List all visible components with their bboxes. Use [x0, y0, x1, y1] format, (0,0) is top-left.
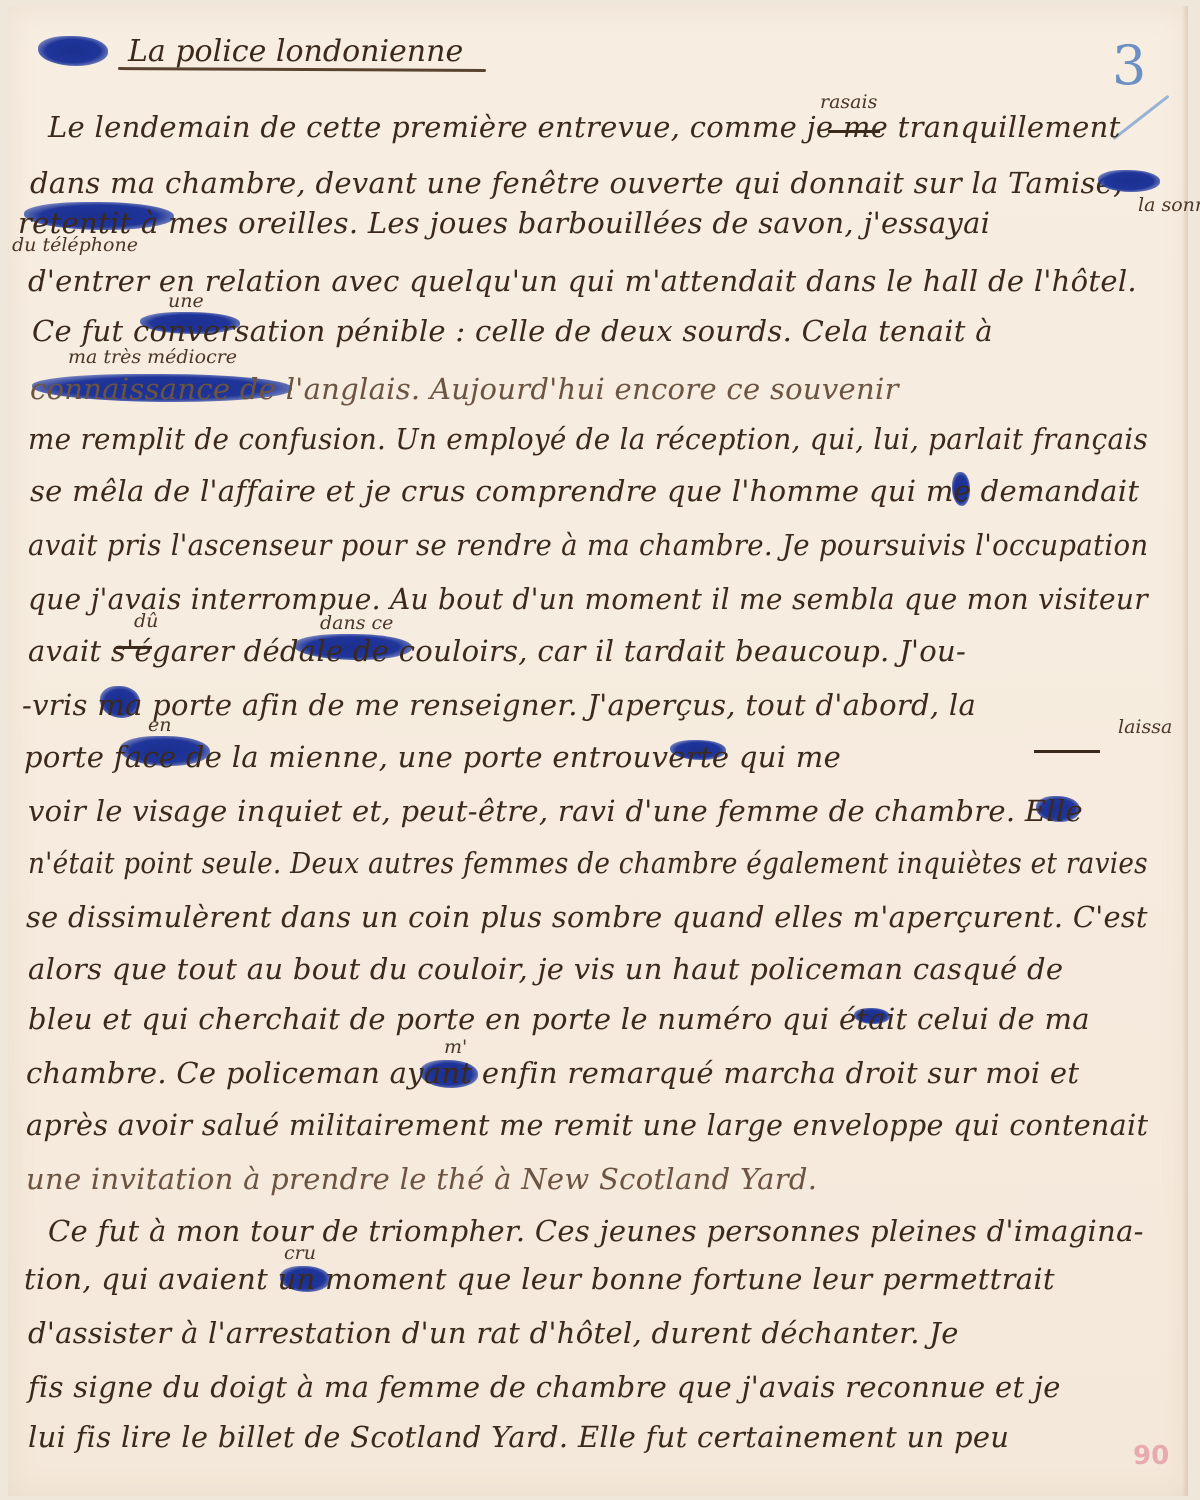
correction-cru: cru: [284, 1242, 316, 1264]
text-line-3: retentit à mes oreilles. Les joues barbo…: [18, 206, 990, 240]
text-line-16: se dissimulèrent dans un coin plus sombr…: [26, 900, 1148, 934]
strike-through: [1034, 750, 1100, 753]
text-line-22: Ce fut à mon tour de triompher. Ces jeun…: [48, 1214, 1144, 1248]
correction-dans-ce: dans ce: [320, 612, 393, 634]
text-line-15: n'était point seule. Deux autres femmes …: [28, 846, 1148, 880]
archive-stamp: 90: [1133, 1441, 1169, 1471]
ink-blot-title: [38, 36, 108, 66]
correction-tres-mediocre: ma très médiocre: [68, 346, 237, 368]
correction-telephone: du téléphone: [12, 234, 138, 256]
correction-du: dû: [134, 610, 158, 632]
correction-m: m': [444, 1036, 467, 1058]
text-line-6: connaissance de l'anglais. Aujourd'hui e…: [30, 372, 899, 406]
text-line-5: Ce fut conversation pénible : celle de d…: [32, 314, 993, 348]
page-number: 3: [1112, 34, 1146, 97]
text-line-7: me remplit de confusion. Un employé de l…: [28, 422, 1148, 456]
title-underline: [118, 67, 486, 72]
text-line-21: une invitation à prendre le thé à New Sc…: [26, 1162, 817, 1196]
text-line-26: lui fis lire le billet de Scotland Yard.…: [28, 1420, 1009, 1454]
text-line-9: avait pris l'ascenseur pour se rendre à …: [28, 528, 1148, 562]
text-line-10: que j'avais interrompue. Au bout d'un mo…: [28, 582, 1148, 616]
text-line-23: tion, qui avaient un moment que leur bon…: [24, 1262, 1055, 1296]
correction-une: une: [168, 290, 204, 312]
text-line-18: bleu et qui cherchait de porte en porte …: [28, 1002, 1090, 1036]
text-line-1: Le lendemain de cette première entrevue,…: [48, 110, 1121, 144]
text-line-11: avait s'égarer dédale de couloirs, car i…: [28, 634, 966, 668]
pencil-mark: [1112, 95, 1169, 140]
text-line-17: alors que tout au bout du couloir, je vi…: [28, 952, 1063, 986]
page-title: La police londonienne: [128, 34, 463, 69]
text-line-20: après avoir salué militairement me remit…: [26, 1108, 1148, 1142]
text-line-25: fis signe du doigt à ma femme de chambre…: [28, 1370, 1061, 1404]
text-line-2: dans ma chambre, devant une fenêtre ouve…: [30, 166, 1123, 200]
correction-laissa: laissa: [1118, 716, 1172, 738]
text-line-13: porte face de la mienne, une porte entro…: [24, 740, 841, 774]
correction-en: en: [148, 714, 171, 736]
text-line-8: se mêla de l'affaire et je crus comprend…: [30, 474, 1139, 508]
text-line-24: d'assister à l'arrestation d'un rat d'hô…: [28, 1316, 959, 1350]
text-line-19: chambre. Ce policeman ayant enfin remarq…: [26, 1056, 1079, 1090]
paper-edge: [1182, 6, 1188, 1496]
correction-sonnerie: la sonnerie: [1138, 194, 1200, 216]
text-line-14: voir le visage inquiet et, peut-être, ra…: [28, 794, 1083, 828]
manuscript-page: La police londonienne 3 rasais Le lendem…: [8, 6, 1188, 1496]
